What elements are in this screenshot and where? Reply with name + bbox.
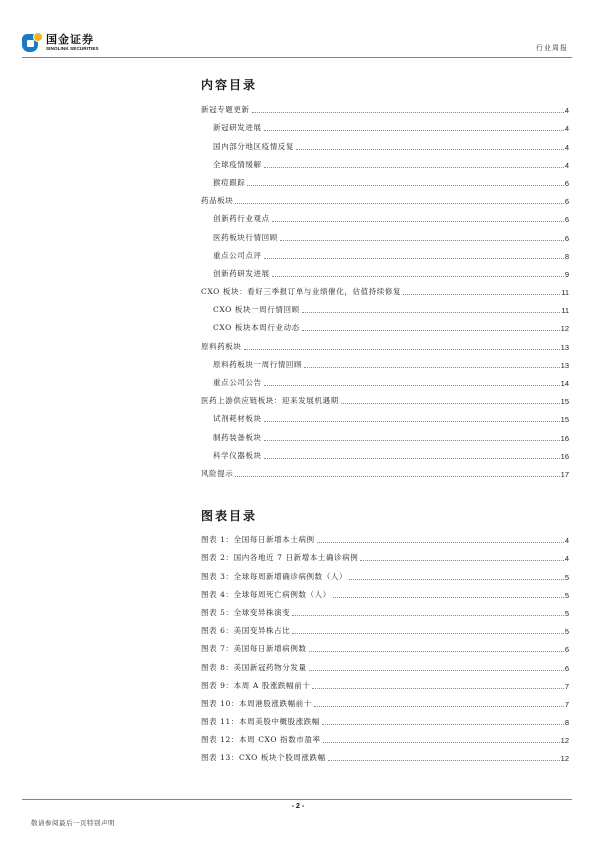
toc-entry-page: 16	[561, 434, 569, 443]
toc-entry-label: 图表 10：本周港股涨跌幅前十	[201, 698, 312, 709]
logo-icon	[22, 32, 42, 54]
toc-entry[interactable]: 医药板块行情回顾6	[201, 224, 569, 242]
logo-chinese-name: 国金证券	[46, 34, 99, 45]
dot-leader	[272, 221, 564, 222]
toc-entry[interactable]: 新冠研发进展4	[201, 115, 569, 133]
toc-entry[interactable]: 创新药行业观点6	[201, 206, 569, 224]
toc-entry-label: 图表 7：美国每日新增病例数	[201, 643, 307, 654]
toc-entry-page: 13	[561, 343, 569, 352]
toc-entry[interactable]: 图表 6：美国变异株占比5	[201, 618, 569, 636]
toc-entry-label: 原料药板块	[201, 341, 242, 352]
toc-entry[interactable]: 图表 13：CXO 板块个股周涨跌幅12	[201, 745, 569, 763]
toc-entry[interactable]: 图表 11：本周美股中概股涨跌幅8	[201, 709, 569, 727]
toc-entry-label: 创新药行业观点	[213, 213, 270, 224]
dot-leader	[264, 440, 560, 441]
dot-leader	[235, 203, 563, 204]
toc-entry-page: 12	[561, 324, 569, 333]
table-of-contents: 新冠专题更新4新冠研发进展4国内部分地区疫情反复4全球疫情缓解4猴痘跟踪6药品板…	[201, 97, 569, 479]
toc-entry[interactable]: 原料药板块一周行情回顾13	[201, 352, 569, 370]
toc-entry[interactable]: 图表 12：本周 CXO 指数市盈率12	[201, 727, 569, 745]
toc-entry-page: 6	[565, 234, 569, 243]
page-header: 国金证券 SINOLINK SECURITIES 行业周报	[22, 30, 572, 58]
toc-entry-label: 猴痘跟踪	[213, 177, 245, 188]
toc-entry-label: 风险提示	[201, 468, 233, 479]
dot-leader	[360, 560, 563, 561]
dot-leader	[309, 651, 564, 652]
toc-entry[interactable]: 原料药板块13	[201, 333, 569, 351]
toc-entry-page: 11	[561, 288, 569, 297]
toc-entry-label: 创新药研发进展	[213, 268, 270, 279]
toc-entry[interactable]: 制药装备板块16	[201, 424, 569, 442]
dot-leader	[264, 167, 564, 168]
toc-entry[interactable]: 猴痘跟踪6	[201, 170, 569, 188]
toc-entry-label: 图表 6：美国变异株占比	[201, 625, 290, 636]
dot-leader	[264, 458, 560, 459]
dot-leader	[317, 542, 564, 543]
dot-leader	[264, 385, 560, 386]
toc-entry[interactable]: 试剂耗材板块15	[201, 406, 569, 424]
toc-entry-label: 医药上游供应链板块：迎来发展机遇期	[201, 395, 339, 406]
dot-leader	[302, 312, 561, 313]
toc-entry[interactable]: 图表 4：全球每周死亡病例数（人）5	[201, 582, 569, 600]
toc-entry[interactable]: 科学仪器板块16	[201, 443, 569, 461]
toc-entry-label: CXO 板块本周行业动态	[213, 322, 300, 333]
toc-entry[interactable]: 图表 8：美国新冠药物分发量6	[201, 654, 569, 672]
toc-entry-label: 图表 12：本周 CXO 指数市盈率	[201, 734, 321, 745]
toc-entry-label: CXO 板块：看好三季报订单与业绩催化，估值持续修复	[201, 286, 401, 297]
toc-entry-page: 6	[565, 664, 569, 673]
toc-entry-label: 科学仪器板块	[213, 450, 262, 461]
toc-entry[interactable]: 国内部分地区疫情反复4	[201, 133, 569, 151]
toc-entry[interactable]: 全球疫情缓解4	[201, 152, 569, 170]
toc-entry[interactable]: 新冠专题更新4	[201, 97, 569, 115]
dot-leader	[252, 112, 564, 113]
toc-entry-page: 6	[565, 215, 569, 224]
toc-entry-label: 图表 13：CXO 板块个股周涨跌幅	[201, 752, 326, 763]
dot-leader	[302, 330, 560, 331]
toc-entry-page: 5	[565, 573, 569, 582]
toc-entry[interactable]: 图表 9：本周 A 股涨跌幅前十7	[201, 673, 569, 691]
toc-entry-page: 16	[561, 452, 569, 461]
report-type: 行业周报	[536, 43, 568, 53]
toc-entry-page: 12	[561, 754, 569, 763]
dot-leader	[322, 724, 564, 725]
dot-leader	[333, 597, 564, 598]
dot-leader	[264, 130, 564, 131]
toc-entry-page: 6	[565, 197, 569, 206]
dot-leader	[403, 294, 560, 295]
toc-entry-page: 11	[561, 306, 569, 315]
toc-entry-label: 药品板块	[201, 195, 233, 206]
toc-entry-page: 4	[565, 143, 569, 152]
toc-entry-page: 15	[561, 397, 569, 406]
toc-entry[interactable]: 图表 3：全球每周新增确诊病例数（人）5	[201, 563, 569, 581]
toc-entry[interactable]: 重点公司点评8	[201, 243, 569, 261]
toc-entry[interactable]: 图表 7：美国每日新增病例数6	[201, 636, 569, 654]
toc-entry-page: 7	[565, 700, 569, 709]
toc-entry-page: 6	[565, 645, 569, 654]
toc-entry-label: 图表 3：全球每周新增确诊病例数（人）	[201, 571, 347, 582]
toc-entry-label: 原料药板块一周行情回顾	[213, 359, 302, 370]
toc-entry[interactable]: 医药上游供应链板块：迎来发展机遇期15	[201, 388, 569, 406]
toc-entry[interactable]: CXO 板块：看好三季报订单与业绩催化，估值持续修复11	[201, 279, 569, 297]
toc-entry[interactable]: CXO 板块一周行情回顾11	[201, 297, 569, 315]
page-number: - 2 -	[0, 803, 596, 810]
toc-entry-label: 医药板块行情回顾	[213, 232, 278, 243]
company-logo: 国金证券 SINOLINK SECURITIES	[22, 32, 99, 54]
dot-leader	[280, 240, 564, 241]
toc-entry-label: 图表 9：本周 A 股涨跌幅前十	[201, 680, 310, 691]
toc-entry-page: 4	[565, 554, 569, 563]
dot-leader	[292, 615, 563, 616]
figures-title: 图表目录	[201, 507, 257, 524]
toc-entry-label: 重点公司点评	[213, 250, 262, 261]
toc-entry-page: 9	[565, 270, 569, 279]
dot-leader	[272, 276, 564, 277]
contents-title: 内容目录	[201, 76, 257, 93]
toc-entry-label: 图表 5：全球变异株演变	[201, 607, 290, 618]
toc-entry[interactable]: 创新药研发进展9	[201, 261, 569, 279]
toc-entry[interactable]: 风险提示17	[201, 461, 569, 479]
dot-leader	[247, 185, 563, 186]
toc-entry-label: 重点公司公告	[213, 377, 262, 388]
footer-divider	[22, 799, 572, 800]
toc-entry-label: 图表 1：全国每日新增本土病例	[201, 534, 315, 545]
toc-entry-page: 12	[561, 736, 569, 745]
toc-entry[interactable]: 药品板块6	[201, 188, 569, 206]
toc-entry-label: 图表 2：国内各地近 7 日新增本土确诊病例	[201, 552, 358, 563]
dot-leader	[304, 367, 560, 368]
toc-entry-page: 4	[565, 536, 569, 545]
toc-entry-page: 13	[561, 361, 569, 370]
toc-entry[interactable]: 图表 1：全国每日新增本土病例4	[201, 527, 569, 545]
list-of-figures: 图表 1：全国每日新增本土病例4图表 2：国内各地近 7 日新增本土确诊病例4图…	[201, 527, 569, 763]
toc-entry-label: 图表 4：全球每周死亡病例数（人）	[201, 589, 331, 600]
dot-leader	[244, 349, 560, 350]
toc-entry[interactable]: 图表 2：国内各地近 7 日新增本土确诊病例4	[201, 545, 569, 563]
toc-entry[interactable]: CXO 板块本周行业动态12	[201, 315, 569, 333]
toc-entry-label: 图表 8：美国新冠药物分发量	[201, 662, 307, 673]
header-divider	[22, 57, 572, 58]
dot-leader	[264, 258, 564, 259]
dot-leader	[328, 760, 560, 761]
toc-entry-label: 全球疫情缓解	[213, 159, 262, 170]
toc-entry-page: 8	[565, 252, 569, 261]
dot-leader	[341, 403, 560, 404]
toc-entry-label: 试剂耗材板块	[213, 413, 262, 424]
toc-entry-label: CXO 板块一周行情回顾	[213, 304, 300, 315]
toc-entry-page: 15	[561, 415, 569, 424]
dot-leader	[296, 149, 564, 150]
dot-leader	[264, 421, 560, 422]
dot-leader	[292, 633, 563, 634]
dot-leader	[312, 688, 563, 689]
dot-leader	[235, 476, 559, 477]
logo-english-name: SINOLINK SECURITIES	[46, 47, 99, 52]
toc-entry-page: 4	[565, 124, 569, 133]
toc-entry[interactable]: 重点公司公告14	[201, 370, 569, 388]
toc-entry-page: 4	[565, 106, 569, 115]
toc-entry-page: 5	[565, 609, 569, 618]
toc-entry-page: 4	[565, 161, 569, 170]
dot-leader	[314, 706, 564, 707]
toc-entry-page: 7	[565, 682, 569, 691]
toc-entry-page: 8	[565, 718, 569, 727]
toc-entry-label: 图表 11：本周美股中概股涨跌幅	[201, 716, 320, 727]
toc-entry-label: 国内部分地区疫情反复	[213, 141, 294, 152]
toc-entry-page: 14	[561, 379, 569, 388]
toc-entry-label: 制药装备板块	[213, 432, 262, 443]
dot-leader	[323, 742, 560, 743]
toc-entry[interactable]: 图表 10：本周港股涨跌幅前十7	[201, 691, 569, 709]
toc-entry-label: 新冠专题更新	[201, 104, 250, 115]
dot-leader	[349, 579, 564, 580]
toc-entry-page: 5	[565, 627, 569, 636]
toc-entry-page: 6	[565, 179, 569, 188]
toc-entry-page: 5	[565, 591, 569, 600]
footer-disclaimer: 敬请参阅最后一页特别声明	[31, 818, 115, 827]
toc-entry-page: 17	[561, 470, 569, 479]
toc-entry-label: 新冠研发进展	[213, 122, 262, 133]
dot-leader	[309, 670, 564, 671]
toc-entry[interactable]: 图表 5：全球变异株演变5	[201, 600, 569, 618]
